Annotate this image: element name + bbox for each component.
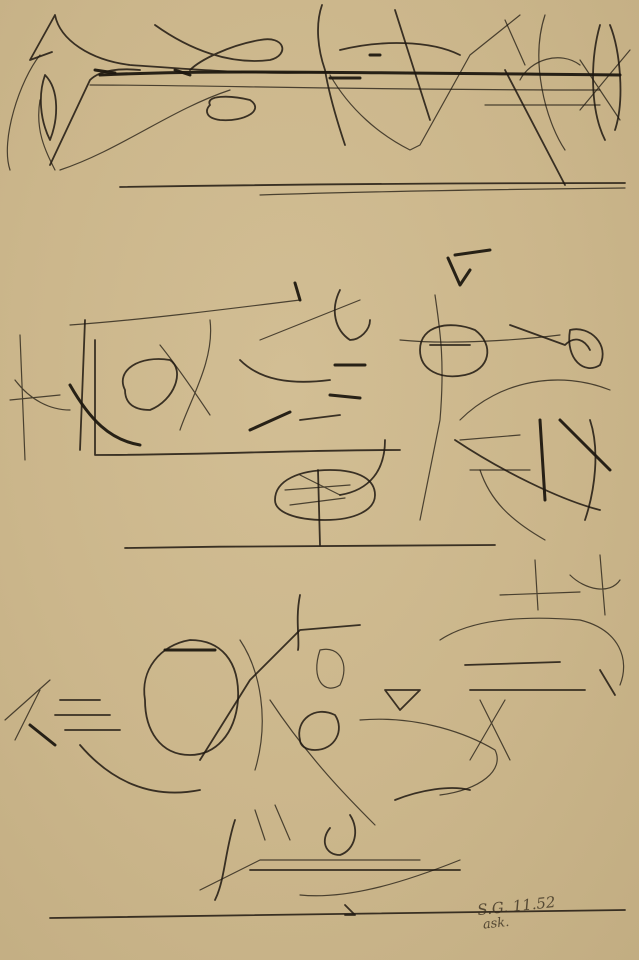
drawing-paper: S.G. 11.52 ask.: [0, 0, 639, 960]
ink-drawing: [0, 0, 639, 960]
bottom-register: [5, 555, 625, 918]
top-register: [7, 5, 630, 195]
middle-register: [10, 250, 610, 548]
